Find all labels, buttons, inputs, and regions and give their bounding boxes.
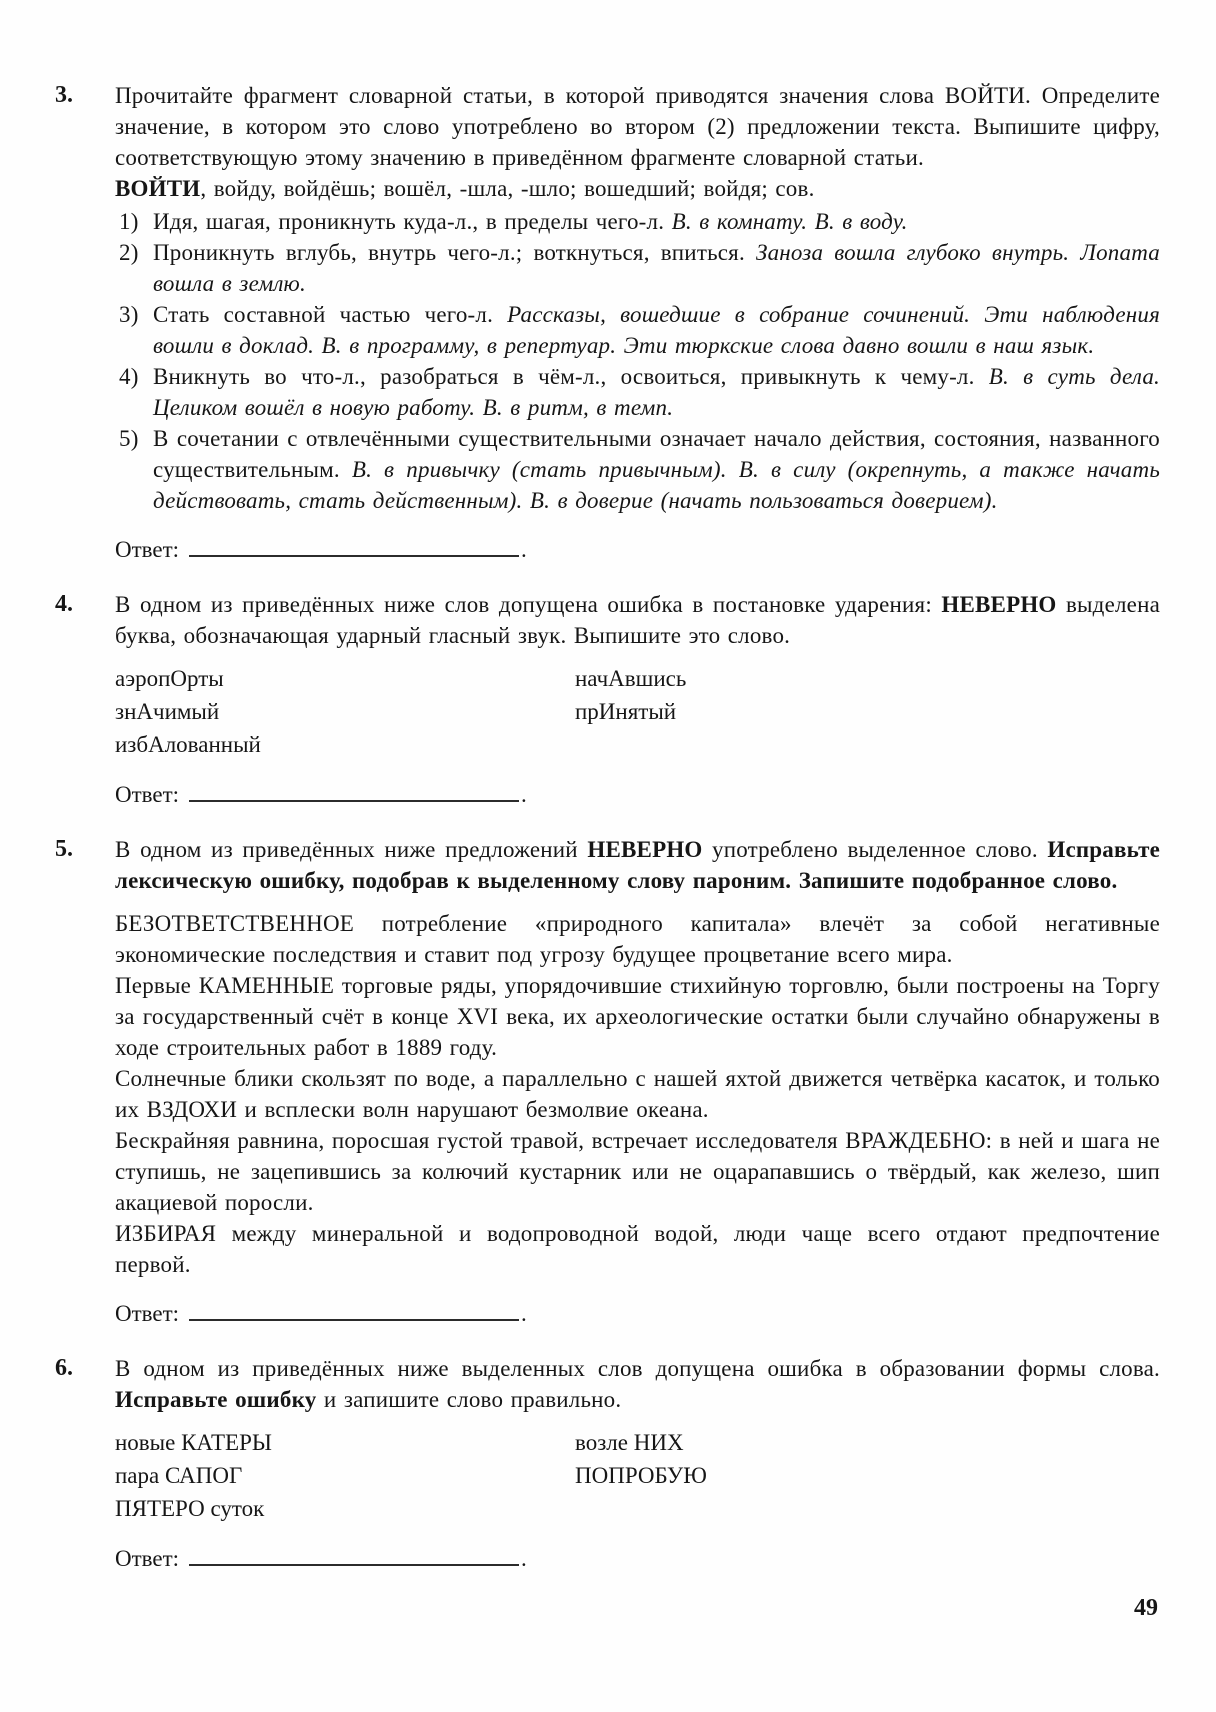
sentence: Первые КАМЕННЫЕ торговые ряды, упорядочи… [115,970,1160,1063]
accent-word: знАчимый [115,695,575,728]
dictionary-item-text: Стать составной частью чего-л. Рассказы,… [153,302,1160,358]
answer-label: Ответ: [115,782,179,807]
form-word: ПЯТЕРО суток [115,1492,575,1525]
task-intro: В одном из приведённых ниже предложений … [115,834,1160,896]
answer-line: Ответ:. [115,531,1160,565]
answer-blank [189,1295,519,1321]
dictionary-item-number: 4) [119,361,139,392]
dictionary-item-number: 2) [119,237,139,268]
task-6: 6. В одном из приведённых ниже выделенны… [55,1353,1160,1574]
task-number: 6. [55,1353,115,1574]
word-column-left: аэропОрты знАчимый избАлованный [115,662,575,761]
sentence-list: БЕЗОТВЕТСТВЕННОЕ потребление «природного… [115,908,1160,1280]
accent-word: прИнятый [575,695,1160,728]
dictionary-item: 4)Вникнуть во что-л., разобраться в чём-… [115,361,1160,423]
accent-word: аэропОрты [115,662,575,695]
answer-blank [189,776,519,802]
answer-blank [189,1540,519,1566]
word-columns: новые КАТЕРЫ пара САПОГ ПЯТЕРО суток воз… [115,1426,1160,1525]
answer-label: Ответ: [115,537,179,562]
task-4: 4. В одном из приведённых ниже слов допу… [55,589,1160,810]
task-body: В одном из приведённых ниже слов допущен… [115,589,1160,810]
answer-label: Ответ: [115,1546,179,1571]
task-number: 4. [55,589,115,810]
dictionary-item: 3)Стать составной частью чего-л. Рассказ… [115,299,1160,361]
task-3: 3. Прочитайте фрагмент словарной статьи,… [55,80,1160,565]
word-columns: аэропОрты знАчимый избАлованный начАвшис… [115,662,1160,761]
form-word: ПОПРОБУЮ [575,1459,1160,1492]
sentence: ИЗБИРАЯ между минеральной и водопроводно… [115,1218,1160,1280]
document-page: 3. Прочитайте фрагмент словарной статьи,… [0,0,1216,1712]
answer-period: . [521,782,527,807]
dictionary-item-number: 5) [119,423,139,454]
task-body: Прочитайте фрагмент словарной статьи, в … [115,80,1160,565]
dictionary-item-text: Вникнуть во что-л., разобраться в чём-л.… [153,364,1160,420]
accent-word: избАлованный [115,728,575,761]
task-intro: В одном из приведённых ниже слов допущен… [115,589,1160,651]
word-column-left: новые КАТЕРЫ пара САПОГ ПЯТЕРО суток [115,1426,575,1525]
dictionary-list: 1)Идя, шагая, проникнуть куда-л., в пред… [115,206,1160,516]
answer-blank [189,531,519,557]
accent-word: начАвшись [575,662,1160,695]
dictionary-item: 1)Идя, шагая, проникнуть куда-л., в пред… [115,206,1160,237]
task-intro: Прочитайте фрагмент словарной статьи, в … [115,80,1160,173]
task-intro: В одном из приведённых ниже выделенных с… [115,1353,1160,1415]
page-number: 49 [1134,1595,1158,1622]
sentence: Солнечные блики скользят по воде, а пара… [115,1063,1160,1125]
dictionary-item-number: 1) [119,206,139,237]
sentence: БЕЗОТВЕТСТВЕННОЕ потребление «природного… [115,908,1160,970]
answer-line: Ответ:. [115,776,1160,810]
answer-period: . [521,537,527,562]
answer-label: Ответ: [115,1301,179,1326]
answer-line: Ответ:. [115,1295,1160,1329]
dictionary-item: 2)Проникнуть вглубь, внутрь чего-л.; вот… [115,237,1160,299]
form-word: новые КАТЕРЫ [115,1426,575,1459]
answer-period: . [521,1301,527,1326]
answer-period: . [521,1546,527,1571]
task-number: 3. [55,80,115,565]
dictionary-item-number: 3) [119,299,139,330]
dictionary-headword: ВОЙТИ, войду, войдёшь; вошёл, -шла, -шло… [115,173,1160,204]
sentence: Бескрайняя равнина, поросшая густой трав… [115,1125,1160,1218]
dictionary-item-text: В сочетании с отвлечёнными существительн… [153,426,1160,513]
form-word: пара САПОГ [115,1459,575,1492]
dictionary-item-text: Идя, шагая, проникнуть куда-л., в предел… [153,209,908,234]
task-body: В одном из приведённых ниже предложений … [115,834,1160,1329]
answer-line: Ответ:. [115,1540,1160,1574]
word-column-right: возле НИХ ПОПРОБУЮ [575,1426,1160,1525]
form-word: возле НИХ [575,1426,1160,1459]
word-column-right: начАвшись прИнятый [575,662,1160,761]
dictionary-item-text: Проникнуть вглубь, внутрь чего-л.; воткн… [153,240,1160,296]
task-body: В одном из приведённых ниже выделенных с… [115,1353,1160,1574]
dictionary-item: 5)В сочетании с отвлечёнными существител… [115,423,1160,516]
task-5: 5. В одном из приведённых ниже предложен… [55,834,1160,1329]
task-number: 5. [55,834,115,1329]
